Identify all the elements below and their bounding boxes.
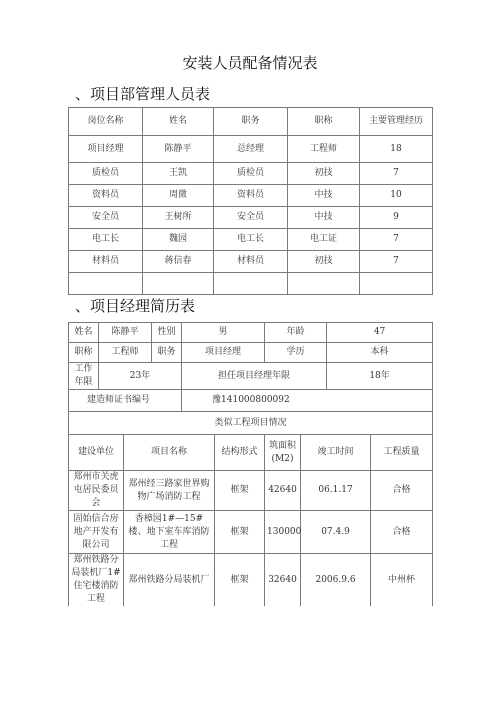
column-header: 主要管理经历 bbox=[360, 108, 433, 136]
label-title: 职称 bbox=[69, 343, 99, 363]
column-header: 结构形式 bbox=[215, 435, 265, 471]
table-row: 工作年限 23年 担任项目经理年限 18年 bbox=[69, 363, 433, 390]
value-name: 陈静平 bbox=[99, 323, 152, 343]
label-work-years: 工作年限 bbox=[69, 363, 99, 390]
cell: 7 bbox=[360, 251, 433, 273]
table-header-row: 建设单位 项目名称 结构形式 筑面积(M2) 竣工时间 工程质量 bbox=[69, 435, 433, 471]
label-gender: 性别 bbox=[152, 323, 182, 343]
cell: 郑州铁路分局装机厂 bbox=[124, 554, 215, 607]
cell: 9 bbox=[360, 207, 433, 229]
table-row: 安全员 王树所 安全员 中技 9 bbox=[69, 207, 433, 229]
column-header: 筑面积(M2) bbox=[265, 435, 301, 471]
cell: 电工长 bbox=[214, 229, 288, 251]
section-heading-staff: 、项目部管理人员表 bbox=[75, 83, 210, 104]
table-row: 郑州市关虎屯居民委员会 郑州经三路家世界购物广场消防工程 框架 42640 06… bbox=[69, 471, 433, 511]
cell bbox=[360, 273, 433, 295]
cell: 质检员 bbox=[69, 163, 143, 185]
table-row: 固始信合房地产开发有限公司 香樟园1#—15#楼、地下室车库消防工程 框架 13… bbox=[69, 511, 433, 554]
cell: 中州杯 bbox=[371, 554, 433, 607]
table-row: 职称 工程师 职务 项目经理 学历 本科 bbox=[69, 343, 433, 363]
value-education: 本科 bbox=[327, 343, 433, 363]
cell: 材料员 bbox=[69, 251, 143, 273]
table-row: 电工长 魏园 电工长 电工证 7 bbox=[69, 229, 433, 251]
label-name: 姓名 bbox=[69, 323, 99, 343]
label-education: 学历 bbox=[265, 343, 327, 363]
table-row: 建造师证书编号 豫141000800092 bbox=[69, 390, 433, 412]
cell: 王凯 bbox=[143, 163, 214, 185]
cell: 资料员 bbox=[214, 185, 288, 207]
cell: 郑州市关虎屯居民委员会 bbox=[69, 471, 124, 511]
column-header: 职称 bbox=[288, 108, 360, 136]
value-gender: 男 bbox=[182, 323, 265, 343]
cell: 香樟园1#—15#楼、地下室车库消防工程 bbox=[124, 511, 215, 554]
cell: 郑州铁路分局装机厂1#住宅楼消防工程 bbox=[69, 554, 124, 607]
table-row: 类似工程项目情况 bbox=[69, 412, 433, 435]
document-title: 安装人员配备情况表 bbox=[0, 52, 500, 73]
staff-table: 岗位名称 姓名 职务 职称 主要管理经历 项目经理 陈静平 总经理 工程师 18… bbox=[68, 107, 433, 295]
cell: 质检员 bbox=[214, 163, 288, 185]
label-duty: 职务 bbox=[152, 343, 182, 363]
cell: 固始信合房地产开发有限公司 bbox=[69, 511, 124, 554]
cell: 王树所 bbox=[143, 207, 214, 229]
cell: 10 bbox=[360, 185, 433, 207]
value-certificate: 豫141000800092 bbox=[182, 390, 433, 412]
table-header-row: 岗位名称 姓名 职务 职称 主要管理经历 bbox=[69, 108, 433, 136]
cell bbox=[69, 273, 143, 295]
value-work-years: 23年 bbox=[99, 363, 182, 390]
cell: 资料员 bbox=[69, 185, 143, 207]
cell: 蒋信春 bbox=[143, 251, 214, 273]
cell: 框架 bbox=[215, 471, 265, 511]
similar-projects-heading: 类似工程项目情况 bbox=[69, 412, 433, 435]
cell: 框架 bbox=[215, 554, 265, 607]
cell: 初技 bbox=[288, 251, 360, 273]
cell: 合格 bbox=[371, 511, 433, 554]
cell: 魏园 bbox=[143, 229, 214, 251]
table-row: 材料员 蒋信春 材料员 初技 7 bbox=[69, 251, 433, 273]
cell: 初技 bbox=[288, 163, 360, 185]
cell: 18 bbox=[360, 136, 433, 163]
cell: 陈静平 bbox=[143, 136, 214, 163]
resume-table: 姓名 陈静平 性别 男 年龄 47 职称 工程师 职务 项目经理 学历 本科 工… bbox=[68, 322, 433, 606]
column-header: 建设单位 bbox=[69, 435, 124, 471]
section-heading-resume: 、项目经理简历表 bbox=[75, 295, 195, 316]
value-age: 47 bbox=[327, 323, 433, 343]
cell: 42640 bbox=[265, 471, 301, 511]
cell: 7 bbox=[360, 229, 433, 251]
column-header: 项目名称 bbox=[124, 435, 215, 471]
table-row: 资料员 周微 资料员 中技 10 bbox=[69, 185, 433, 207]
table-row: 质检员 王凯 质检员 初技 7 bbox=[69, 163, 433, 185]
value-pm-years: 18年 bbox=[327, 363, 433, 390]
cell: 07.4.9 bbox=[301, 511, 371, 554]
label-certificate: 建造师证书编号 bbox=[69, 390, 182, 412]
value-title: 工程师 bbox=[99, 343, 152, 363]
cell: 中技 bbox=[288, 207, 360, 229]
cell: 中技 bbox=[288, 185, 360, 207]
cell: 7 bbox=[360, 163, 433, 185]
cell: 06.1.17 bbox=[301, 471, 371, 511]
cell: 电工长 bbox=[69, 229, 143, 251]
cell: 安全员 bbox=[69, 207, 143, 229]
cell bbox=[143, 273, 214, 295]
column-header: 岗位名称 bbox=[69, 108, 143, 136]
cell bbox=[288, 273, 360, 295]
cell: 周微 bbox=[143, 185, 214, 207]
column-header: 工程质量 bbox=[371, 435, 433, 471]
table-row-empty bbox=[69, 273, 433, 295]
column-header: 职务 bbox=[214, 108, 288, 136]
column-header: 竣工时间 bbox=[301, 435, 371, 471]
cell: 2006.9.6 bbox=[301, 554, 371, 607]
label-pm-years: 担任项目经理年限 bbox=[182, 363, 327, 390]
value-duty: 项目经理 bbox=[182, 343, 265, 363]
table-row: 郑州铁路分局装机厂1#住宅楼消防工程 郑州铁路分局装机厂 框架 32640 20… bbox=[69, 554, 433, 607]
cell: 框架 bbox=[215, 511, 265, 554]
table-row: 项目经理 陈静平 总经理 工程师 18 bbox=[69, 136, 433, 163]
cell: 总经理 bbox=[214, 136, 288, 163]
label-age: 年龄 bbox=[265, 323, 327, 343]
cell: 电工证 bbox=[288, 229, 360, 251]
table-row: 姓名 陈静平 性别 男 年龄 47 bbox=[69, 323, 433, 343]
column-header: 姓名 bbox=[143, 108, 214, 136]
cell: 项目经理 bbox=[69, 136, 143, 163]
cell: 材料员 bbox=[214, 251, 288, 273]
cell: 32640 bbox=[265, 554, 301, 607]
cell: 合格 bbox=[371, 471, 433, 511]
cell: 安全员 bbox=[214, 207, 288, 229]
cell: 郑州经三路家世界购物广场消防工程 bbox=[124, 471, 215, 511]
cell: 工程师 bbox=[288, 136, 360, 163]
cell bbox=[214, 273, 288, 295]
cell: 130000 bbox=[265, 511, 301, 554]
